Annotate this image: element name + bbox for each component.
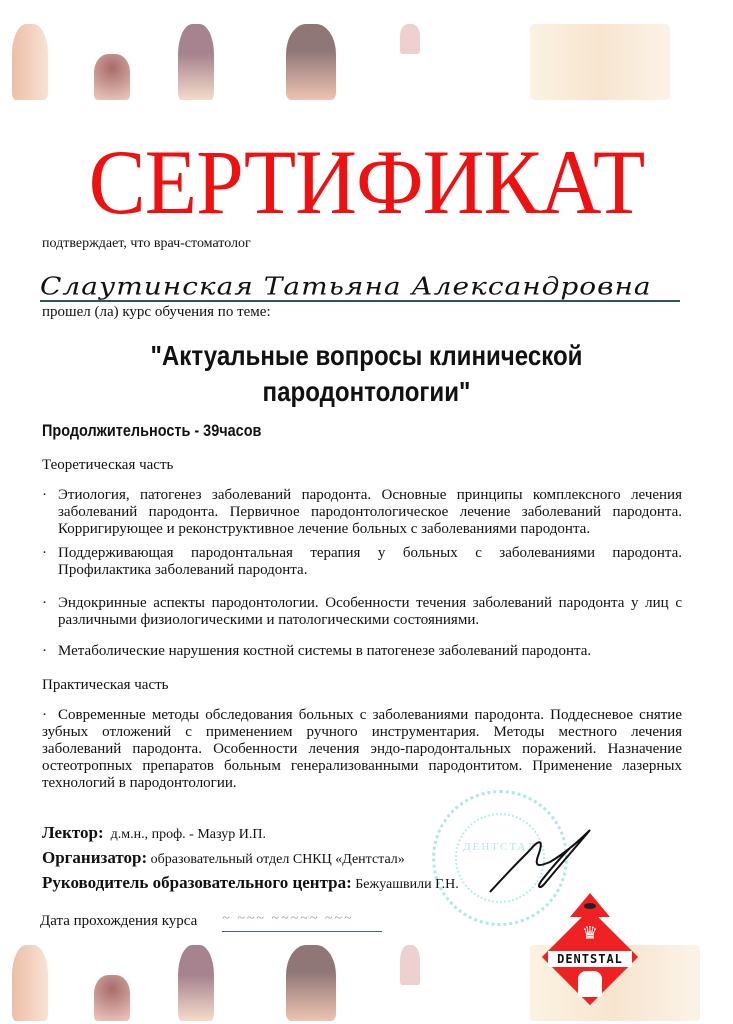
theory-item: · Этиология, патогенез заболеваний парод… (42, 487, 682, 538)
course-duration: Продолжительность - 39часов (42, 421, 261, 441)
practice-item-text: Современные методы обследования больных … (42, 707, 682, 792)
tooth-icon (578, 971, 602, 997)
face-photo (530, 24, 670, 100)
theory-item-text: Поддерживающая пародонтальная терапия у … (58, 545, 682, 579)
face-photo (94, 54, 130, 100)
passed-text: прошел (ла) курс обучения по теме: (42, 304, 271, 321)
course-title-line-1: "Актуальные вопросы клинической (51, 338, 681, 374)
course-title: "Актуальные вопросы клинической пародонт… (51, 338, 681, 410)
theory-item: · Эндокринные аспекты пародонтологии. Ос… (42, 595, 682, 629)
lecturer-label: Лектор: (42, 823, 104, 842)
name-underline (40, 300, 680, 302)
bullet: · (42, 487, 47, 504)
face-photo (400, 945, 420, 985)
logo-wordmark: DENTSTAL (548, 951, 632, 967)
face-photo (286, 24, 336, 100)
lecturer-value: д.м.н., проф. - Мазур И.П. (111, 827, 266, 842)
theory-item-text: Этиология, патогенез заболеваний пародон… (58, 487, 682, 538)
organizer-value: образовательный отдел СНКЦ «Дентстал» (151, 852, 405, 867)
bullet: · (42, 643, 47, 660)
theory-item-text: Метаболические нарушения костной системы… (58, 643, 682, 660)
organizer-line: Организатор: образовательный отдел СНКЦ … (42, 848, 405, 868)
course-date-label: Дата прохождения курса (40, 913, 197, 930)
header-photo-band (0, 24, 733, 100)
bullet: · (42, 595, 47, 612)
confirms-text: подтверждает, что врач-стоматолог (42, 236, 251, 252)
face-photo (400, 24, 420, 54)
bullet: · (42, 545, 47, 562)
face-photo (12, 945, 48, 1021)
face-photo (94, 975, 130, 1021)
recipient-name: Слаутинская Татьяна Александровна (40, 272, 652, 300)
theory-item: · Метаболические нарушения костной систе… (42, 643, 682, 660)
head-label: Руководитель образовательного центра: (42, 873, 352, 892)
theory-item-text: Эндокринные аспекты пародонтологии. Особ… (58, 595, 682, 629)
practice-section-label: Практическая часть (42, 677, 169, 694)
face-photo (178, 945, 214, 1021)
face-photo (178, 24, 214, 100)
crown-icon: ♛ (578, 923, 602, 944)
face-photo (286, 945, 336, 1021)
course-date-handwritten: ~ ~~~ ~~~~~ ~~~ (222, 911, 382, 932)
face-photo (12, 24, 48, 100)
certificate-title: СЕРТИФИКАТ (26, 132, 708, 232)
dentstal-logo: ♛ DENTSTAL (548, 893, 632, 1013)
signature (480, 820, 600, 900)
course-title-line-2: пародонтологии" (51, 374, 681, 410)
theory-item: · Поддерживающая пародонтальная терапия … (42, 545, 682, 579)
lecturer-line: Лектор: д.м.н., проф. - Мазур И.П. (42, 823, 266, 843)
bullet: · (42, 707, 47, 724)
practice-item: · Современные методы обследования больны… (42, 707, 682, 792)
head-value: Бежуашвили Г.Н. (355, 877, 458, 892)
head-line: Руководитель образовательного центра: Бе… (42, 873, 459, 893)
theory-section-label: Теоретическая часть (42, 457, 173, 474)
organizer-label: Организатор: (42, 848, 147, 867)
